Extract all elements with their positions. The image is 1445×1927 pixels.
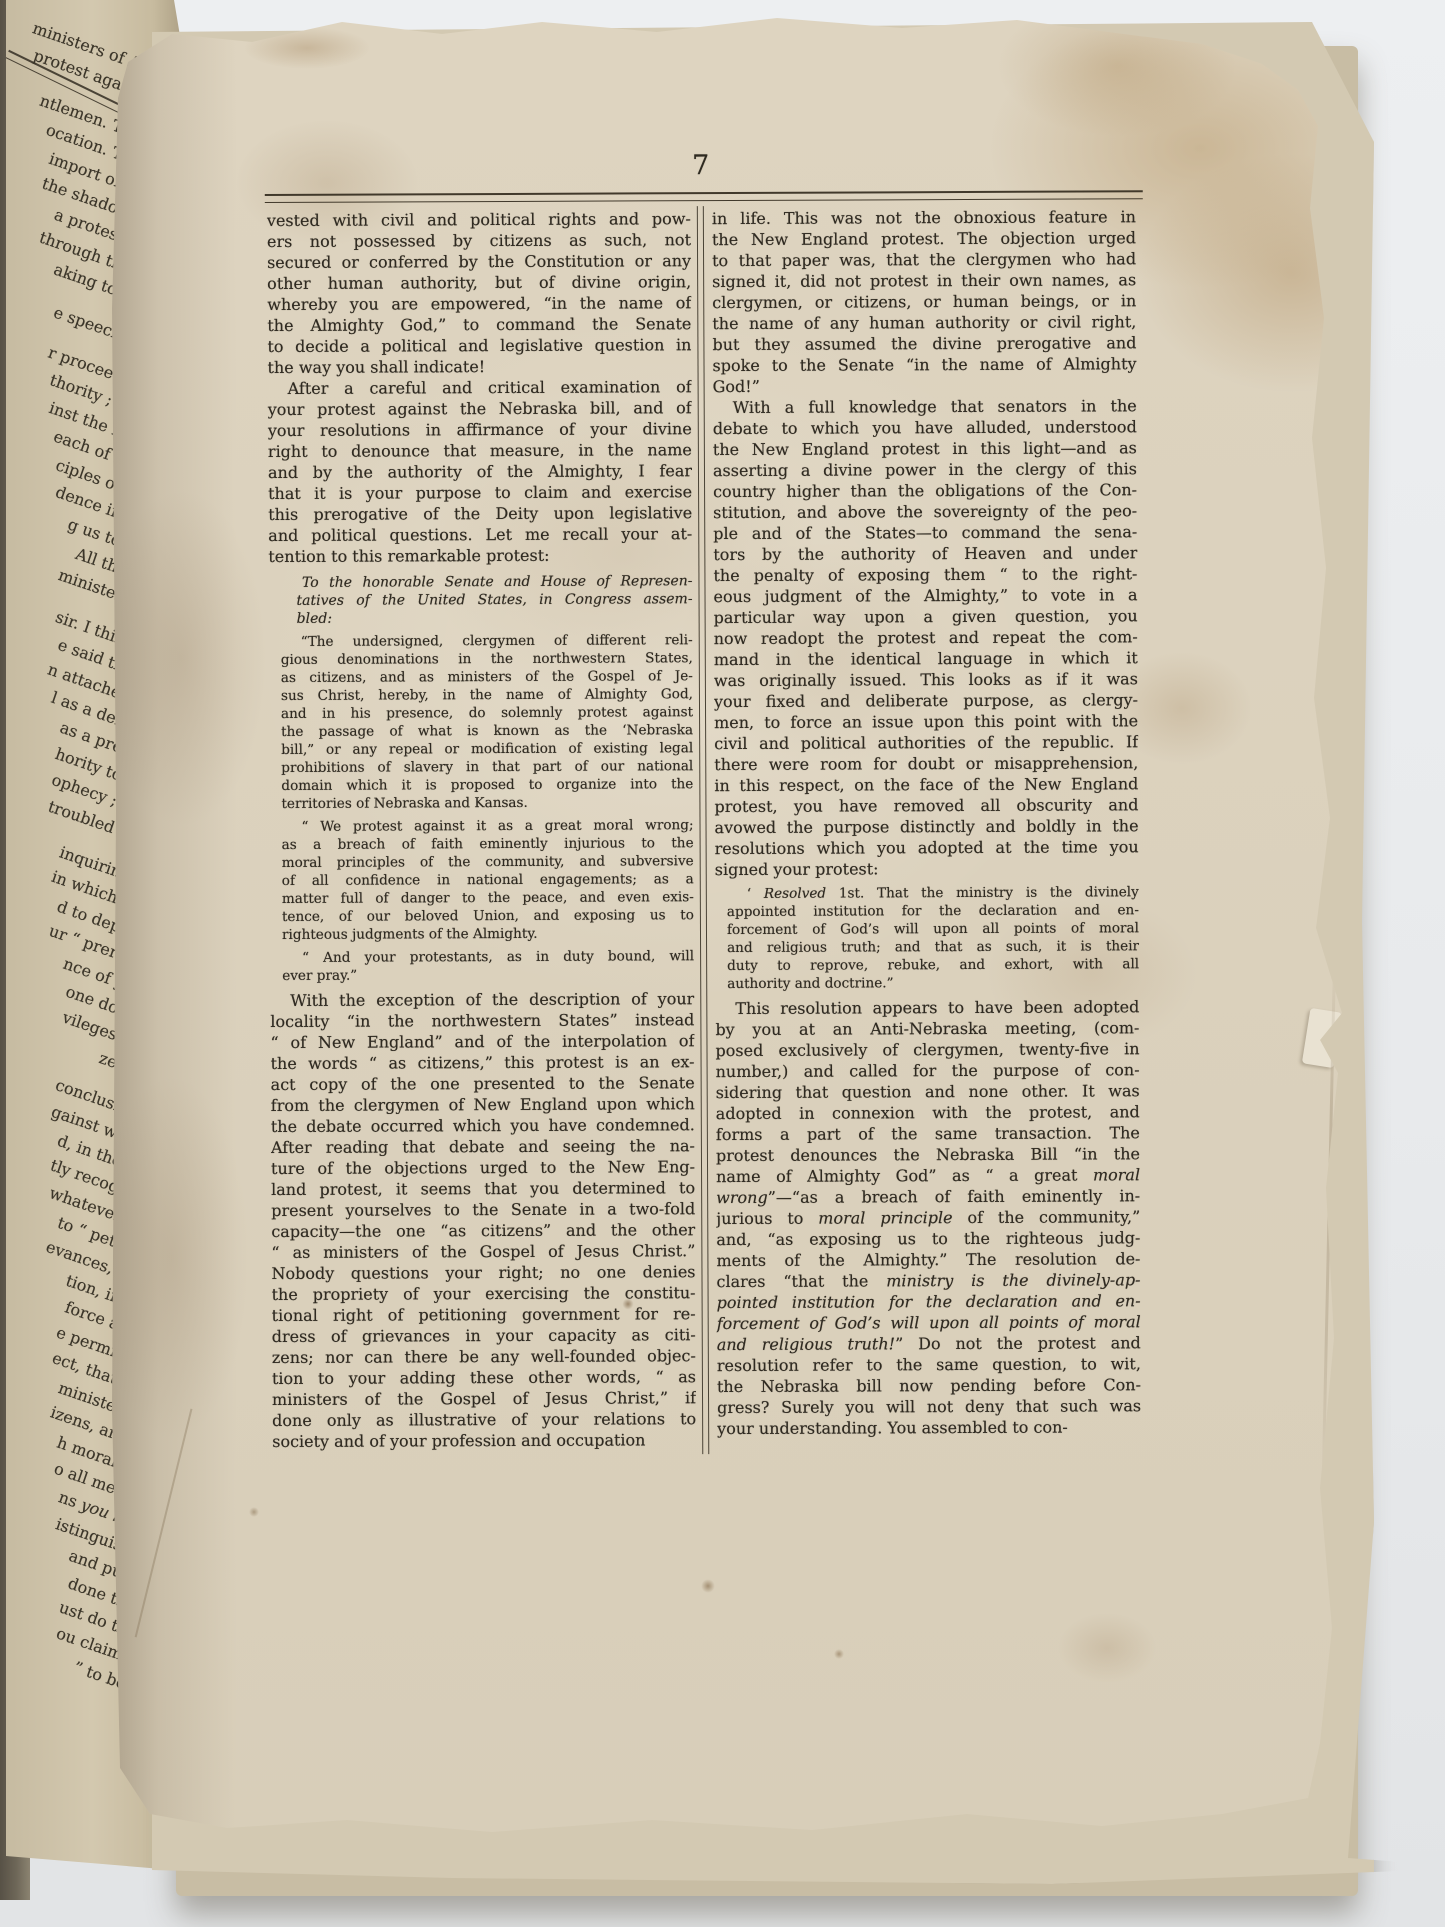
text-line: domain which it is proposed to organize … bbox=[281, 775, 693, 795]
text-line: matter full of danger to the peace, and … bbox=[282, 888, 694, 908]
text-line: authority and doctrine.” bbox=[727, 973, 1139, 993]
text-line: With the exception of the description of… bbox=[270, 988, 694, 1011]
text-line: and by the authority of the Almighty, I … bbox=[268, 460, 692, 483]
text-line: land protest, it seems that you determin… bbox=[271, 1177, 695, 1200]
paragraph: in life. This was not the obnoxious feat… bbox=[712, 206, 1137, 397]
text-line: as citizens, and as ministers of the Gos… bbox=[281, 667, 693, 687]
text-line: by you at an Anti-Nebraska meeting, (com… bbox=[715, 1017, 1139, 1040]
text-line: the penalty of exposing them “ to the ri… bbox=[713, 563, 1137, 586]
text-line: the passage of what is known as the ‘Neb… bbox=[281, 721, 693, 741]
text-line: present yourselves to the Senate in a tw… bbox=[271, 1198, 695, 1221]
text-line: ‘ Resolved 1st. That the ministry is the… bbox=[727, 883, 1139, 903]
text-line: in life. This was not the obnoxious feat… bbox=[712, 206, 1136, 229]
text-line: sus Christ, hereby, in the name of Almig… bbox=[281, 685, 693, 705]
page-content: 7 vested with civil and political rights… bbox=[108, 5, 1361, 1862]
text-line: tatives of the United States, in Congres… bbox=[297, 590, 693, 610]
text-line: tors by the authority of Heaven and unde… bbox=[713, 542, 1137, 565]
text-line: wrong”—“as a breach of faith eminently i… bbox=[716, 1185, 1140, 1208]
text-line: pointed institution for the declaration … bbox=[717, 1290, 1141, 1313]
text-line: from the clergymen of New England upon w… bbox=[271, 1093, 695, 1116]
text-line: “ And your protestants, as in duty bound… bbox=[282, 947, 694, 967]
text-line: to decide a political and legislative qu… bbox=[267, 334, 691, 357]
text-line: and, “as exposing us to the righteous ju… bbox=[716, 1227, 1140, 1250]
text-line: protest denounces the Nebraska Bill “in … bbox=[716, 1143, 1140, 1166]
text-line: was originally issued. This looks as if … bbox=[714, 668, 1138, 691]
text-line: righteous judgments of the Almighty. bbox=[282, 924, 694, 944]
text-line: there were room for doubt or misapprehen… bbox=[714, 752, 1138, 775]
text-line: spoke to the Senate “in the name of Almi… bbox=[712, 353, 1136, 376]
text-line: act copy of the one presented to the Sen… bbox=[271, 1072, 695, 1095]
text-line: done only as illustrative of your relati… bbox=[272, 1408, 696, 1431]
text-line: vested with civil and political rights a… bbox=[267, 208, 691, 231]
text-line: asserting a divine power in the clergy o… bbox=[713, 458, 1137, 481]
text-line: dress of grievances in your capacity as … bbox=[272, 1324, 696, 1347]
text-line: God!” bbox=[713, 374, 1137, 397]
text-line: and religious truth!” Do not the protest… bbox=[717, 1332, 1141, 1355]
text-line: particular way upon a given question, yo… bbox=[714, 605, 1138, 628]
header-rule bbox=[265, 190, 1143, 203]
text-line: but they assumed the divine prerogative … bbox=[712, 332, 1136, 355]
text-line: this prerogative of the Deity upon legis… bbox=[268, 502, 692, 525]
text-line: forcement of God’s will upon all points … bbox=[717, 1311, 1141, 1334]
text-line: now readopt the protest and repeat the c… bbox=[714, 626, 1138, 649]
text-line: bill,” or any repeal or modification of … bbox=[281, 739, 693, 759]
text-line: in this respect, on the face of the New … bbox=[714, 773, 1138, 796]
text-line: appointed institution for the declaratio… bbox=[727, 901, 1139, 921]
text-line: society and of your profession and occup… bbox=[272, 1429, 696, 1452]
text-line: right to denounce that measure, in the n… bbox=[268, 439, 692, 462]
text-line: locality “in the northwestern States” in… bbox=[270, 1009, 694, 1032]
paragraph: After a careful and critical examination… bbox=[268, 376, 693, 567]
text-line: the debate occurred which you have conde… bbox=[271, 1114, 695, 1137]
text-line: Nobody questions your right; no one deni… bbox=[271, 1261, 695, 1284]
text-line: the Nebraska bill now pending before Con… bbox=[717, 1374, 1141, 1397]
text-line: and religious truth; and that as such, i… bbox=[727, 937, 1139, 957]
text-line: territories of Nebraska and Kansas. bbox=[281, 793, 693, 813]
text-line: number,) and called for the purpose of c… bbox=[716, 1059, 1140, 1082]
text-line: signed your protest: bbox=[715, 857, 1139, 880]
text-line: that it is your purpose to claim and exe… bbox=[268, 481, 692, 504]
text-line: prohibitions of slavery in that part of … bbox=[281, 757, 693, 777]
text-line: civil and political authorities of the r… bbox=[714, 731, 1138, 754]
text-line: forcement of God’s will upon all points … bbox=[727, 919, 1139, 939]
text-line: tention to this remarkable protest: bbox=[268, 544, 692, 567]
text-line: your understanding. You assembled to con… bbox=[717, 1416, 1141, 1439]
text-line: bled: bbox=[297, 608, 693, 628]
text-line: signed it, did not protest in their own … bbox=[712, 269, 1136, 292]
text-line: “ as ministers of the Gospel of Jesus Ch… bbox=[271, 1240, 695, 1263]
text-line: jurious to moral principle of the commun… bbox=[716, 1206, 1140, 1229]
text-line: as a breach of faith eminently injurious… bbox=[282, 834, 694, 854]
text-line: stitution, and above the sovereignty of … bbox=[713, 500, 1137, 523]
paper-crease bbox=[135, 1409, 193, 1638]
text-line: name of Almighty God” as “ a great moral bbox=[716, 1164, 1140, 1187]
text-line: debate to which you have alluded, unders… bbox=[713, 416, 1137, 439]
text-line: ministers of the Gospel of Jesus Christ,… bbox=[272, 1387, 696, 1410]
page-number: 7 bbox=[685, 150, 717, 181]
text-line: “ of New England” and of the interpolati… bbox=[270, 1030, 694, 1053]
text-line: moral principles of the community, and s… bbox=[282, 852, 694, 872]
text-line: men, to force an issue upon this point w… bbox=[714, 710, 1138, 733]
text-line: “ We protest against it as a great moral… bbox=[281, 816, 693, 836]
text-line: sidering that question and none other. I… bbox=[716, 1080, 1140, 1103]
book-photo: ministers of Al-protest againstntlemen. … bbox=[0, 0, 1445, 1927]
paragraph: “The undersigned, clergymen of different… bbox=[281, 631, 694, 813]
paragraph: With a full knowledge that senators in t… bbox=[713, 395, 1139, 880]
text-line: eous judgment of the Almighty,” to vote … bbox=[713, 584, 1137, 607]
text-line: the propriety of your exercising the con… bbox=[272, 1282, 696, 1305]
text-line: of all confidence in national engagement… bbox=[282, 870, 694, 890]
text-line: ple and of the States—to command the sen… bbox=[713, 521, 1137, 544]
text-line: secured or conferred by the Constitution… bbox=[267, 250, 691, 273]
text-line: forms a part of the same transaction. Th… bbox=[716, 1122, 1140, 1145]
text-line: ments of the Almighty.” The resolution d… bbox=[716, 1248, 1140, 1271]
text-line: tion to your adding these other words, “… bbox=[272, 1366, 696, 1389]
text-line: mand in the identical language in which … bbox=[714, 647, 1138, 670]
paragraph: With the exception of the description of… bbox=[270, 988, 696, 1452]
text-line: ers not possessed by citizens as such, n… bbox=[267, 229, 691, 252]
text-line: posed exclusively of clergymen, twenty-f… bbox=[715, 1038, 1139, 1061]
left-column: vested with civil and political rights a… bbox=[267, 208, 696, 1452]
text-line: After a careful and critical examination… bbox=[268, 376, 692, 399]
text-line: your protest against the Nebraska bill, … bbox=[268, 397, 692, 420]
text-line: gious denominations in the northwestern … bbox=[281, 649, 693, 669]
text-line: After reading that debate and seeing the… bbox=[271, 1135, 695, 1158]
text-line: “ To the honorable Senate and House of R… bbox=[296, 572, 692, 592]
text-line: clergymen, or citizens, or human beings,… bbox=[712, 290, 1136, 313]
paragraph: “ We protest against it as a great moral… bbox=[281, 816, 694, 944]
text-line: capacity—the one “as citizens” and the o… bbox=[271, 1219, 695, 1242]
text-line: With a full knowledge that senators in t… bbox=[713, 395, 1137, 418]
right-column: in life. This was not the obnoxious feat… bbox=[712, 206, 1141, 1439]
text-line: adopted in connexion with the protest, a… bbox=[716, 1101, 1140, 1124]
text-line: gress? Surely you will not deny that suc… bbox=[717, 1395, 1141, 1418]
text-line: tional right of petitioning government f… bbox=[272, 1303, 696, 1326]
paragraph: vested with civil and political rights a… bbox=[267, 208, 692, 378]
text-line: your fixed and deliberate purpose, as cl… bbox=[714, 689, 1138, 712]
text-line: and in his presence, do solemnly protest… bbox=[281, 703, 693, 723]
text-line: avowed the purpose distinctly and boldly… bbox=[714, 815, 1138, 838]
text-line: the New England protest in this light—an… bbox=[713, 437, 1137, 460]
text-line: to that paper was, that the clergymen wh… bbox=[712, 248, 1136, 271]
text-line: the words “ as citizens,” this protest i… bbox=[271, 1051, 695, 1074]
text-line: the name of any human authority or civil… bbox=[712, 311, 1136, 334]
text-line: ture of the objections urged to the New … bbox=[271, 1156, 695, 1179]
text-line: whereby you are empowered, “in the name … bbox=[267, 292, 691, 315]
text-line: This resolution appears to have been ado… bbox=[715, 996, 1139, 1019]
text-line: and political questions. Let me recall y… bbox=[268, 523, 692, 546]
text-line: ever pray.” bbox=[282, 965, 694, 985]
text-line: “The undersigned, clergymen of different… bbox=[281, 631, 693, 651]
paragraph: “ To the honorable Senate and House of R… bbox=[282, 572, 692, 628]
text-line: tence, of our beloved Union, and exposin… bbox=[282, 906, 694, 926]
text-line: resolution refer to the same question, t… bbox=[717, 1353, 1141, 1376]
text-line: country higher than the obligations of t… bbox=[713, 479, 1137, 502]
text-line: duty to reprove, rebuke, and exhort, wit… bbox=[727, 955, 1139, 975]
text-line: the Almighty God,” to command the Senate bbox=[267, 313, 691, 336]
page: 7 vested with civil and political rights… bbox=[112, 8, 1357, 1860]
text-line: clares “that the ministry is the divinel… bbox=[716, 1269, 1140, 1292]
text-line: the New England protest. The objection u… bbox=[712, 227, 1136, 250]
text-line: zens; nor can there be any well-founded … bbox=[272, 1345, 696, 1368]
text-line: resolutions which you adopted at the tim… bbox=[715, 836, 1139, 859]
paragraph: “ And your protestants, as in duty bound… bbox=[282, 947, 694, 985]
paragraph: This resolution appears to have been ado… bbox=[715, 996, 1141, 1439]
text-line: other human authority, but of divine ori… bbox=[267, 271, 691, 294]
text-line: the way you shall indicate! bbox=[267, 355, 691, 378]
column-divider-rule bbox=[697, 206, 709, 1454]
paragraph: ‘ Resolved 1st. That the ministry is the… bbox=[727, 883, 1139, 993]
text-line: your resolutions in affirmance of your d… bbox=[268, 418, 692, 441]
text-line: protest, you have removed all obscurity … bbox=[714, 794, 1138, 817]
